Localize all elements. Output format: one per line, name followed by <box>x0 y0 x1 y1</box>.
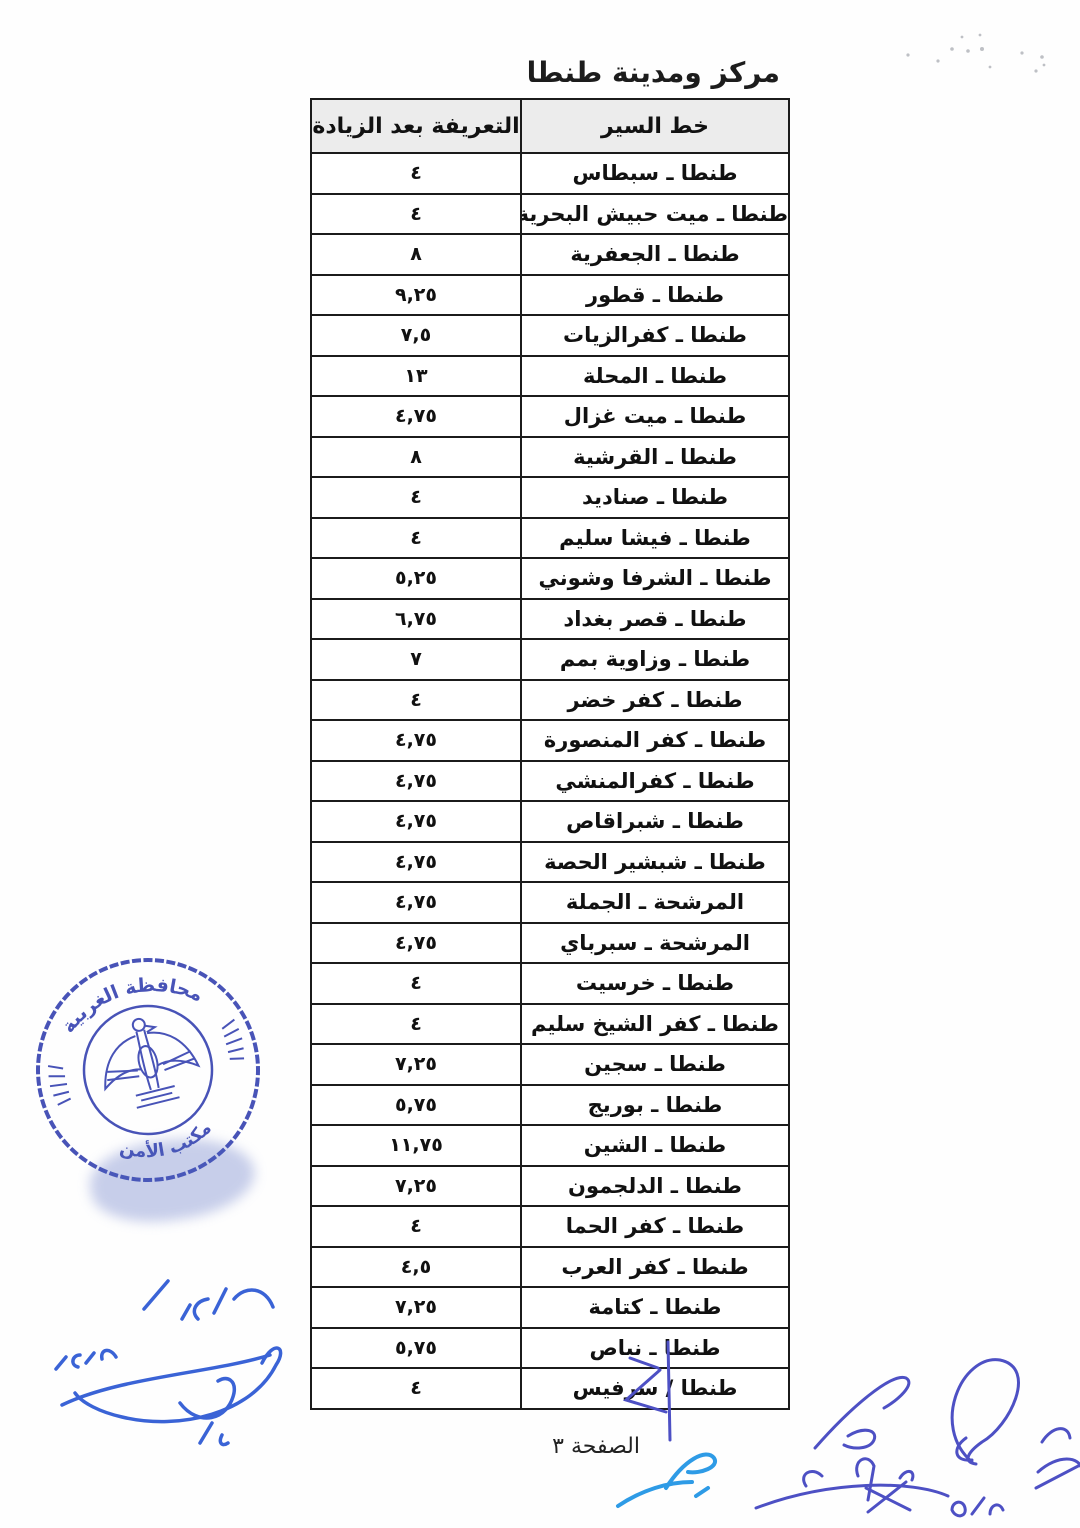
table-row: طنطا ـ كفر العرب٤,٥ <box>311 1247 789 1288</box>
fare-cell: ٧ <box>311 639 521 680</box>
route-cell: طنطا ـ شبشير الحصة <box>521 842 789 883</box>
route-cell: طنطا ـ كفر الحما <box>521 1206 789 1247</box>
fare-column-header: التعريفة بعد الزيادة <box>311 99 521 153</box>
table-row: طنطا ـ خرسيت٤ <box>311 963 789 1004</box>
route-cell: طنطا ـ الدلجمون <box>521 1166 789 1207</box>
fare-cell: ٩,٢٥ <box>311 275 521 316</box>
table-row: طنطا ـ كفر الشيخ سليم٤ <box>311 1004 789 1045</box>
table-row: طنطا ـ بوريج٥,٧٥ <box>311 1085 789 1126</box>
table-row: طنطا ـ سبطاس٤ <box>311 153 789 194</box>
table-row: طنطا ـ كفرالمنشي٤,٧٥ <box>311 761 789 802</box>
fare-cell: ٦,٧٥ <box>311 599 521 640</box>
fare-cell: ٤ <box>311 680 521 721</box>
svg-text:محافظة الغربية: محافظة الغربية <box>50 959 210 1040</box>
fare-cell: ٤ <box>311 1368 521 1409</box>
table-row: المرشحة ـ سبرباي٤,٧٥ <box>311 923 789 964</box>
route-cell: طنطا ـ صناديد <box>521 477 789 518</box>
route-cell: طنطا ـ ميت غزال <box>521 396 789 437</box>
fare-cell: ٤,٧٥ <box>311 396 521 437</box>
fare-table: خط السير التعريفة بعد الزيادة طنطا ـ سبط… <box>310 98 790 1410</box>
table-row: طنطا ـ كتامة٧,٢٥ <box>311 1287 789 1328</box>
route-cell: طنطا ـ كفر العرب <box>521 1247 789 1288</box>
table-row: طنطا ـ سجين٧,٢٥ <box>311 1044 789 1085</box>
fare-cell: ٤,٧٥ <box>311 720 521 761</box>
table-row: طنطا ـ كفر خضر٤ <box>311 680 789 721</box>
fare-cell: ٤,٧٥ <box>311 761 521 802</box>
table-header-row: خط السير التعريفة بعد الزيادة <box>311 99 789 153</box>
fare-cell: ٤,٧٥ <box>311 801 521 842</box>
signature-left-icon <box>30 1265 320 1450</box>
fare-cell: ١١,٧٥ <box>311 1125 521 1166</box>
route-cell: طنطا ـ كتامة <box>521 1287 789 1328</box>
route-cell: طنطا ـ ميت حبيش البحرية <box>521 194 789 235</box>
noise-dots-icon <box>890 15 1070 85</box>
table-body: طنطا ـ سبطاس٤طنطا ـ ميت حبيش البحرية٤طنط… <box>311 153 789 1409</box>
route-cell: المرشحة ـ الجملة <box>521 882 789 923</box>
fare-cell: ٧,٢٥ <box>311 1166 521 1207</box>
fare-cell: ٤,٧٥ <box>311 882 521 923</box>
route-cell: طنطا ـ الشرفا وشوني <box>521 558 789 599</box>
fare-cell: ٤ <box>311 963 521 1004</box>
table-row: طنطا ـ وزاوية بمم٧ <box>311 639 789 680</box>
route-cell: طنطا ـ قطور <box>521 275 789 316</box>
route-cell: طنطا ـ كفر الشيخ سليم <box>521 1004 789 1045</box>
route-cell: طنطا ـ كفر المنصورة <box>521 720 789 761</box>
signature-right-icon <box>600 1330 1080 1528</box>
table-row: طنطا ـ كفرالزيات٧,٥ <box>311 315 789 356</box>
route-cell: طنطا ـ سجين <box>521 1044 789 1085</box>
route-cell: طنطا ـ القرشية <box>521 437 789 478</box>
table-row: طنطا ـ كفر المنصورة٤,٧٥ <box>311 720 789 761</box>
fare-cell: ٧,٥ <box>311 315 521 356</box>
fare-cell: ٨ <box>311 234 521 275</box>
route-cell: المرشحة ـ سبرباي <box>521 923 789 964</box>
signature-right <box>600 1330 1080 1528</box>
route-cell: طنطا ـ الشين <box>521 1125 789 1166</box>
table-row: طنطا ـ ميت حبيش البحرية٤ <box>311 194 789 235</box>
fare-cell: ٤ <box>311 1206 521 1247</box>
stamp-top-text: محافظة الغربية <box>50 959 210 1040</box>
fare-cell: ٥,٧٥ <box>311 1328 521 1369</box>
table-row: طنطا ـ ميت غزال٤,٧٥ <box>311 396 789 437</box>
table-row: طنطا ـ القرشية٨ <box>311 437 789 478</box>
route-cell: طنطا ـ قصر بغداد <box>521 599 789 640</box>
document-page: مركز ومدينة طنطا خط السير التعريفة بعد ا… <box>0 0 1080 1528</box>
fare-cell: ١٣ <box>311 356 521 397</box>
fare-cell: ٤ <box>311 194 521 235</box>
table-row: طنطا ـ قطور٩,٢٥ <box>311 275 789 316</box>
fare-cell: ٥,٧٥ <box>311 1085 521 1126</box>
fare-cell: ٤ <box>311 477 521 518</box>
table-row: طنطا ـ شبشير الحصة٤,٧٥ <box>311 842 789 883</box>
fare-cell: ٤ <box>311 1004 521 1045</box>
route-cell: طنطا ـ الجعفرية <box>521 234 789 275</box>
fare-cell: ٤ <box>311 518 521 559</box>
route-cell: طنطا ـ المحلة <box>521 356 789 397</box>
fare-cell: ٧,٢٥ <box>311 1044 521 1085</box>
fare-cell: ٧,٢٥ <box>311 1287 521 1328</box>
route-cell: طنطا ـ كفرالزيات <box>521 315 789 356</box>
fare-cell: ٤,٧٥ <box>311 842 521 883</box>
table-row: طنطا ـ كفر الحما٤ <box>311 1206 789 1247</box>
signature-left <box>30 1265 320 1450</box>
table-row: طنطا ـ شبراقاص٤,٧٥ <box>311 801 789 842</box>
table-row: طنطا ـ قصر بغداد٦,٧٥ <box>311 599 789 640</box>
route-cell: طنطا ـ كفر خضر <box>521 680 789 721</box>
table-row: طنطا ـ الشرفا وشوني٥,٢٥ <box>311 558 789 599</box>
route-cell: طنطا ـ فيشا سليم <box>521 518 789 559</box>
route-cell: طنطا ـ سبطاس <box>521 153 789 194</box>
table-row: المرشحة ـ الجملة٤,٧٥ <box>311 882 789 923</box>
fare-cell: ٥,٢٥ <box>311 558 521 599</box>
scan-noise-dots <box>890 15 1070 85</box>
route-cell: طنطا ـ وزاوية بمم <box>521 639 789 680</box>
fare-cell: ٤,٥ <box>311 1247 521 1288</box>
route-column-header: خط السير <box>521 99 789 153</box>
table-row: طنطا ـ الجعفرية٨ <box>311 234 789 275</box>
fare-cell: ٨ <box>311 437 521 478</box>
table-row: طنطا ـ المحلة١٣ <box>311 356 789 397</box>
table-row: طنطا ـ الشين١١,٧٥ <box>311 1125 789 1166</box>
route-cell: طنطا ـ كفرالمنشي <box>521 761 789 802</box>
route-cell: طنطا ـ بوريج <box>521 1085 789 1126</box>
page-title: مركز ومدينة طنطا <box>527 56 780 89</box>
fare-cell: ٤,٧٥ <box>311 923 521 964</box>
fare-cell: ٤ <box>311 153 521 194</box>
table-row: طنطا ـ فيشا سليم٤ <box>311 518 789 559</box>
route-cell: طنطا ـ شبراقاص <box>521 801 789 842</box>
table-row: طنطا ـ صناديد٤ <box>311 477 789 518</box>
route-cell: طنطا ـ خرسيت <box>521 963 789 1004</box>
table-row: طنطا ـ الدلجمون٧,٢٥ <box>311 1166 789 1207</box>
